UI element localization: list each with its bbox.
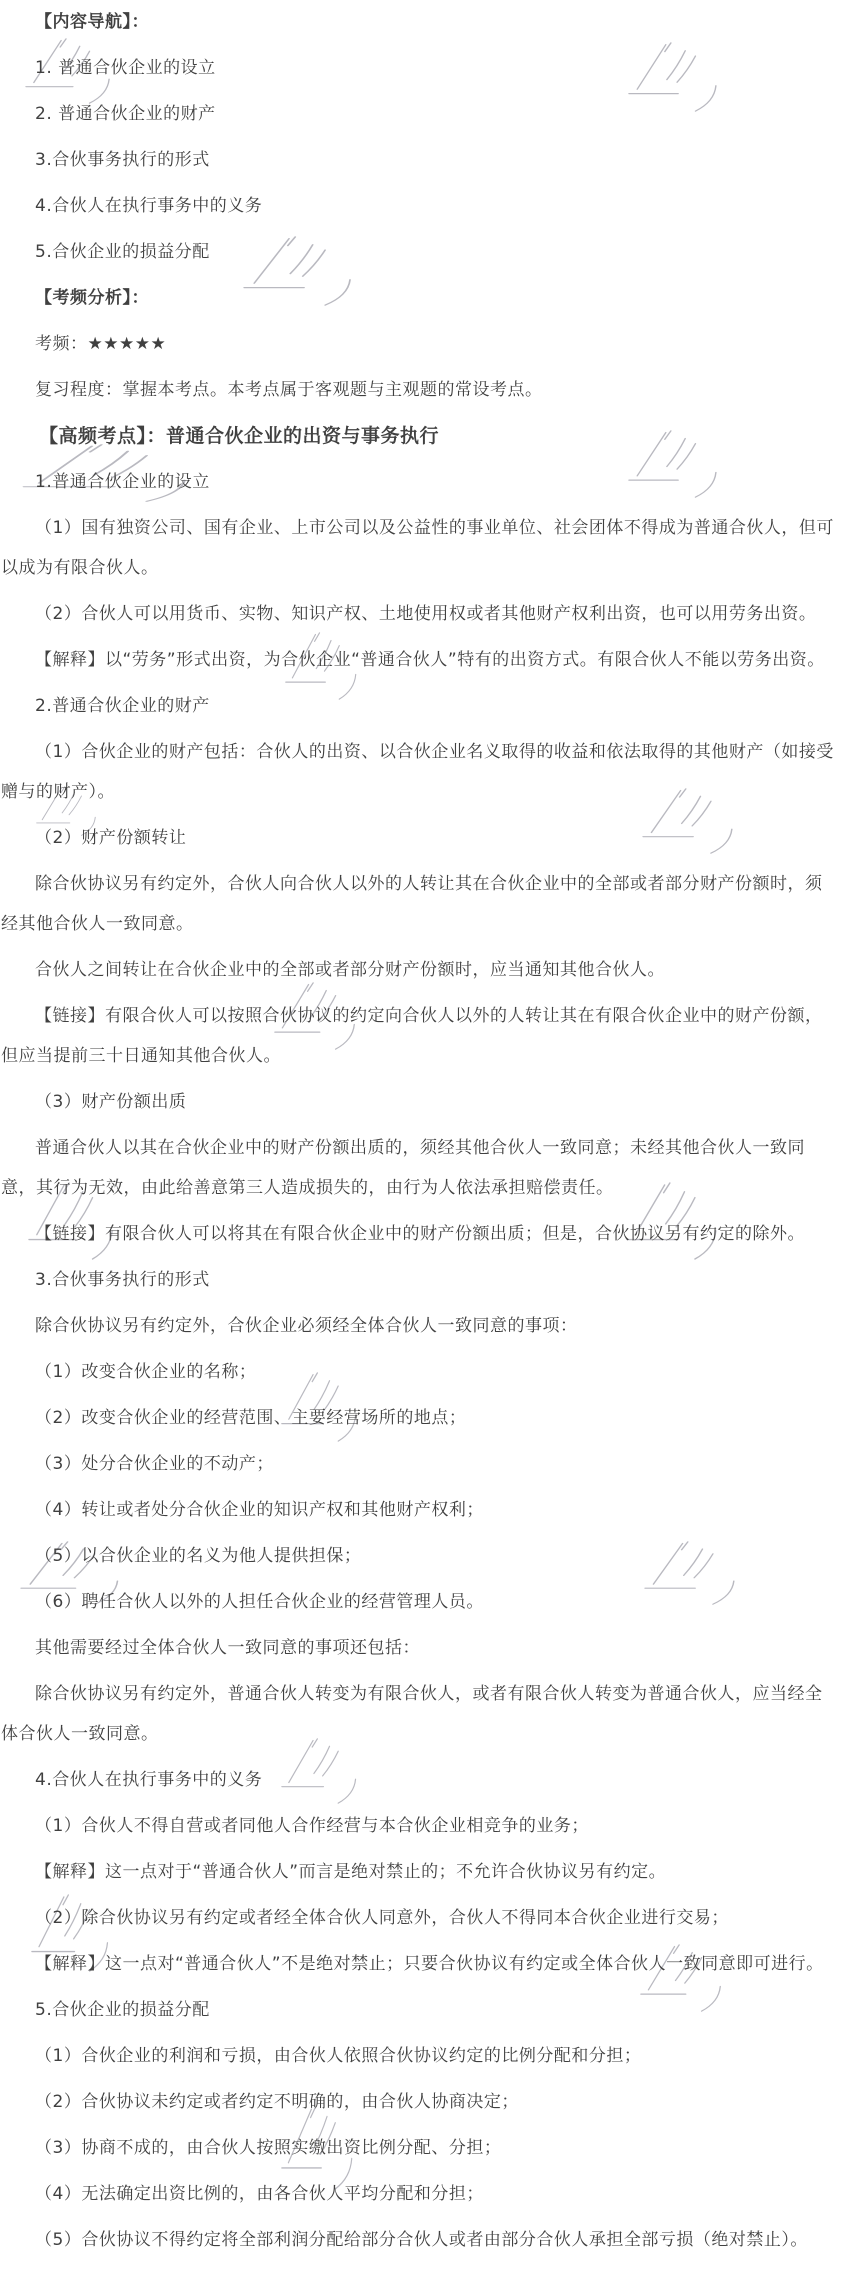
paragraph: （6）聘任合伙人以外的人担任合伙企业的经营管理人员。 <box>1 1582 838 1622</box>
nav-item-1: 1. 普通合伙企业的设立 <box>1 48 838 88</box>
content-nav-header: 【内容导航】： <box>1 2 838 42</box>
paragraph: （5）合伙协议不得约定将全部利润分配给部分合伙人或者由部分合伙人承担全部亏损（绝… <box>1 2220 838 2260</box>
paragraph: （1）合伙企业的财产包括：合伙人的出资、以合伙企业名义取得的收益和依法取得的其他… <box>1 732 838 812</box>
paragraph: 除合伙协议另有约定外，普通合伙人转变为有限合伙人，或者有限合伙人转变为普通合伙人… <box>1 1674 838 1754</box>
document-page: { "meta": { "body_text_color": "#404040"… <box>0 0 845 2286</box>
nav-item-3: 3.合伙事务执行的形式 <box>1 140 838 180</box>
paragraph: 除合伙协议另有约定外，合伙人向合伙人以外的人转让其在合伙企业中的全部或者部分财产… <box>1 864 838 944</box>
paragraph: （2）合伙协议未约定或者约定不明确的，由合伙人协商决定； <box>1 2082 838 2122</box>
explain-note: 【解释】这一点对于“普通合伙人”而言是绝对禁止的；不允许合伙协议另有约定。 <box>1 1852 838 1892</box>
frequency-stars-line: 考频：★★★★★ <box>1 324 838 364</box>
paragraph: （1）改变合伙企业的名称； <box>1 1352 838 1392</box>
paragraph: 合伙人之间转让在合伙企业中的全部或者部分财产份额时，应当通知其他合伙人。 <box>1 950 838 990</box>
paragraph: 除合伙协议另有约定外，合伙企业必须经全体合伙人一致同意的事项： <box>1 1306 838 1346</box>
paragraph: （1）合伙人不得自营或者同他人合作经营与本合伙企业相竞争的业务； <box>1 1806 838 1846</box>
paragraph: （5）以合伙企业的名义为他人提供担保； <box>1 1536 838 1576</box>
link-note: 【链接】有限合伙人可以按照合伙协议的约定向合伙人以外的人转让其在有限合伙企业中的… <box>1 996 838 1076</box>
review-level-line: 复习程度：掌握本考点。本考点属于客观题与主观题的常设考点。 <box>1 370 838 410</box>
paragraph: （2）财产份额转让 <box>1 818 838 858</box>
paragraph: （2）除合伙协议另有约定或者经全体合伙人同意外，合伙人不得同本合伙企业进行交易； <box>1 1898 838 1938</box>
explain-note: 【解释】这一点对“普通合伙人”不是绝对禁止；只要合伙协议有约定或全体合伙人一致同… <box>1 1944 838 1984</box>
paragraph: 普通合伙人以其在合伙企业中的财产份额出质的，须经其他合伙人一致同意；未经其他合伙… <box>1 1128 838 1208</box>
hot-topic-header: 【高频考点】：普通合伙企业的出资与事务执行 <box>1 416 838 456</box>
nav-item-4: 4.合伙人在执行事务中的义务 <box>1 186 838 226</box>
paragraph: （2）合伙人可以用货币、实物、知识产权、土地使用权或者其他财产权利出资，也可以用… <box>1 594 838 634</box>
nav-item-5: 5.合伙企业的损益分配 <box>1 232 838 272</box>
paragraph: 其他需要经过全体合伙人一致同意的事项还包括： <box>1 1628 838 1668</box>
paragraph: （3）财产份额出质 <box>1 1082 838 1122</box>
paragraph: （3）协商不成的，由合伙人按照实缴出资比例分配、分担； <box>1 2128 838 2168</box>
exam-frequency-header: 【考频分析】： <box>1 278 838 318</box>
nav-item-2: 2. 普通合伙企业的财产 <box>1 94 838 134</box>
red-heading-4: 4.合伙人在执行事务中的义务 <box>1 1760 838 1800</box>
explain-note: 【解释】以“劳务”形式出资，为合伙企业“普通合伙人”特有的出资方式。有限合伙人不… <box>1 640 838 680</box>
paragraph: （4）无法确定出资比例的，由各合伙人平均分配和分担； <box>1 2174 838 2214</box>
red-heading-5: 5.合伙企业的损益分配 <box>1 1990 838 2030</box>
paragraph: （3）处分合伙企业的不动产； <box>1 1444 838 1484</box>
paragraph: （1）国有独资公司、国有企业、上市公司以及公益性的事业单位、社会团体不得成为普通… <box>1 508 838 588</box>
red-heading-3: 3.合伙事务执行的形式 <box>1 1260 838 1300</box>
link-note: 【链接】有限合伙人可以将其在有限合伙企业中的财产份额出质；但是，合伙协议另有约定… <box>1 1214 838 1254</box>
article-content: 【内容导航】：1. 普通合伙企业的设立2. 普通合伙企业的财产3.合伙事务执行的… <box>0 0 840 2260</box>
paragraph: （2）改变合伙企业的经营范围、主要经营场所的地点； <box>1 1398 838 1438</box>
paragraph: （1）合伙企业的利润和亏损，由合伙人依照合伙协议约定的比例分配和分担； <box>1 2036 838 2076</box>
paragraph: （4）转让或者处分合伙企业的知识产权和其他财产权利； <box>1 1490 838 1530</box>
red-heading-1: 1.普通合伙企业的设立 <box>1 462 838 502</box>
red-heading-2: 2.普通合伙企业的财产 <box>1 686 838 726</box>
